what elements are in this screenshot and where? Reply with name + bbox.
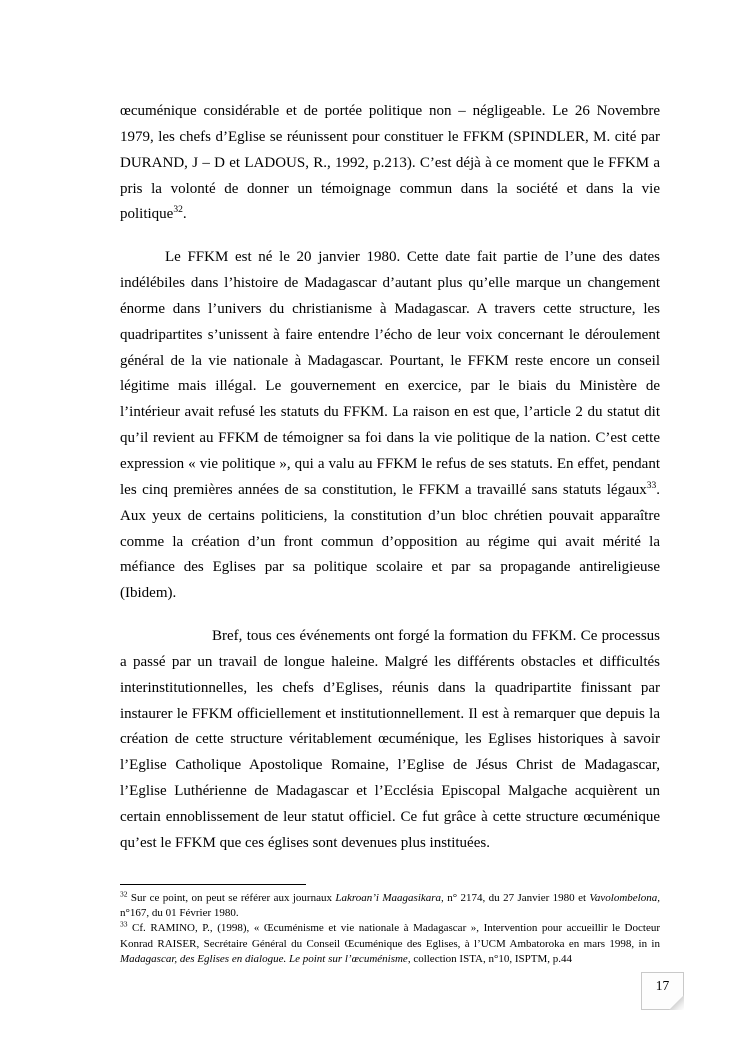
text-run: n° 2174, du 27 Janvier 1980 et bbox=[444, 892, 590, 904]
text-run: Bref, tous ces événements ont forgé la f… bbox=[120, 628, 660, 851]
page-number-badge: 17 bbox=[641, 972, 684, 1010]
footnote-marker: 32 bbox=[120, 889, 128, 898]
text-run: Cf. RAMINO, P., (1998), « Œcuménisme et … bbox=[120, 922, 660, 949]
text-run: , collection ISTA, n°10, ISPTM, p.44 bbox=[408, 953, 572, 965]
footnote-reference-33: 33 bbox=[647, 481, 657, 491]
text-run: Sur ce point, on peut se référer aux jou… bbox=[128, 892, 336, 904]
text-run: Le FFKM est né le 20 janvier 1980. Cette… bbox=[120, 249, 660, 498]
text-run: œcuménique considérable et de portée pol… bbox=[120, 103, 660, 222]
text-run: . Aux yeux de certains politiciens, la c… bbox=[120, 482, 660, 601]
journal-title: Lakroan’i Maagasikara, bbox=[335, 892, 443, 904]
footnote-separator bbox=[120, 884, 306, 885]
footnote-marker: 33 bbox=[120, 920, 128, 929]
document-page: œcuménique considérable et de portée pol… bbox=[0, 0, 745, 1053]
footnote-33: 33 Cf. RAMINO, P., (1998), « Œcuménisme … bbox=[120, 921, 660, 967]
page-curl-icon bbox=[669, 995, 684, 1010]
paragraph: œcuménique considérable et de portée pol… bbox=[120, 99, 660, 228]
footnote-reference-32: 32 bbox=[173, 205, 183, 215]
journal-title: Vavolombelona, bbox=[589, 892, 660, 904]
page-number: 17 bbox=[642, 978, 683, 994]
main-text-block: œcuménique considérable et de portée pol… bbox=[120, 99, 660, 874]
text-run: . bbox=[183, 206, 187, 222]
book-title: Madagascar, des Eglises en dialogue. Le … bbox=[120, 953, 408, 965]
footnote-32: 32 Sur ce point, on peut se référer aux … bbox=[120, 891, 660, 921]
footnotes-section: 32 Sur ce point, on peut se référer aux … bbox=[120, 884, 660, 967]
text-run: n°167, du 01 Février 1980. bbox=[120, 907, 239, 919]
paragraph: Bref, tous ces événements ont forgé la f… bbox=[120, 624, 660, 857]
paragraph: Le FFKM est né le 20 janvier 1980. Cette… bbox=[120, 245, 660, 607]
